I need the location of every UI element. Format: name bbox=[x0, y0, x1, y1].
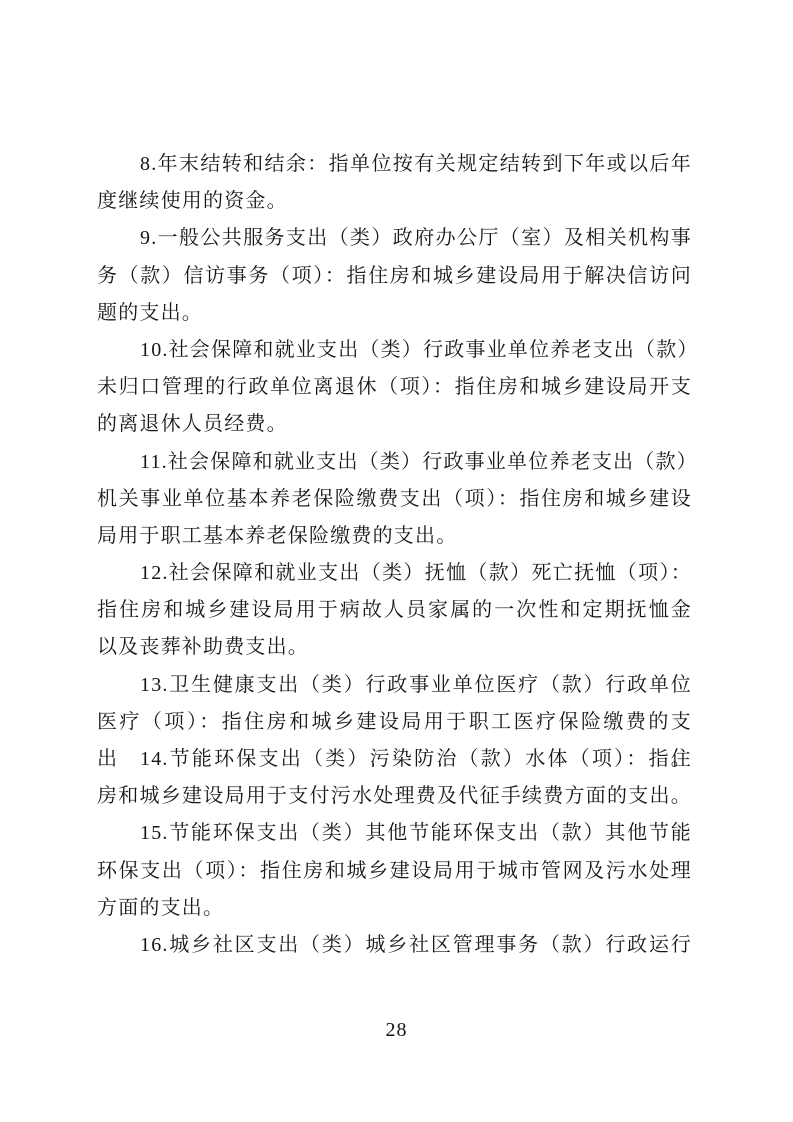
text-line: 指住房和城乡建设局用于病故人员家属的一次性和定期抚恤金 bbox=[97, 592, 692, 629]
text-line: 16.城乡社区支出（类）城乡社区管理事务（款）行政运行 bbox=[97, 927, 692, 964]
text-line: 9.一般公共服务支出（类）政府办公厅（室）及相关机构事 bbox=[97, 220, 692, 257]
text-line: 局用于职工基本养老保险缴费的支出。 bbox=[97, 518, 692, 555]
text-line: 13.卫生健康支出（类）行政事业单位医疗（款）行政单位 bbox=[97, 667, 692, 704]
text-line: 11.社会保障和就业支出（类）行政事业单位养老支出（款） bbox=[97, 444, 692, 481]
text-line: 未归口管理的行政单位离退休（项）：指住房和城乡建设局开支 bbox=[97, 369, 692, 406]
paragraph-13: 13.卫生健康支出（类）行政事业单位医疗（款）行政单位医疗（项）：指住房和城乡建… bbox=[97, 667, 692, 741]
text-line: 务（款）信访事务（项）：指住房和城乡建设局用于解决信访问 bbox=[97, 258, 692, 295]
paragraph-14: 14.节能环保支出（类）污染防治（款）水体（项）：指住房和城乡建设局用于支付污水… bbox=[97, 741, 692, 815]
text-line: 12.社会保障和就业支出（类）抚恤（款）死亡抚恤（项）： bbox=[97, 555, 692, 592]
text-line: 14.节能环保支出（类）污染防治（款）水体（项）：指住 bbox=[97, 741, 692, 778]
text-line: 度继续使用的资金。 bbox=[97, 183, 692, 220]
text-line: 8.年末结转和结余：指单位按有关规定结转到下年或以后年 bbox=[97, 146, 692, 183]
text-line: 15.节能环保支出（类）其他节能环保支出（款）其他节能 bbox=[97, 815, 692, 852]
text-line: 以及丧葬补助费支出。 bbox=[97, 629, 692, 666]
text-line: 的离退休人员经费。 bbox=[97, 406, 692, 443]
paragraph-8: 8.年末结转和结余：指单位按有关规定结转到下年或以后年度继续使用的资金。 bbox=[97, 146, 692, 220]
text-line: 环保支出（项）：指住房和城乡建设局用于城市管网及污水处理 bbox=[97, 853, 692, 890]
paragraph-11: 11.社会保障和就业支出（类）行政事业单位养老支出（款）机关事业单位基本养老保险… bbox=[97, 444, 692, 556]
paragraph-10: 10.社会保障和就业支出（类）行政事业单位养老支出（款）未归口管理的行政单位离退… bbox=[97, 332, 692, 444]
text-line: 方面的支出。 bbox=[97, 890, 692, 927]
paragraph-9: 9.一般公共服务支出（类）政府办公厅（室）及相关机构事务（款）信访事务（项）：指… bbox=[97, 220, 692, 332]
text-line: 题的支出。 bbox=[97, 295, 692, 332]
page-content: 8.年末结转和结余：指单位按有关规定结转到下年或以后年度继续使用的资金。9.一般… bbox=[97, 146, 692, 964]
paragraph-12: 12.社会保障和就业支出（类）抚恤（款）死亡抚恤（项）：指住房和城乡建设局用于病… bbox=[97, 555, 692, 667]
document-page: 8.年末结转和结余：指单位按有关规定结转到下年或以后年度继续使用的资金。9.一般… bbox=[0, 0, 793, 1122]
page-number: 28 bbox=[0, 1019, 793, 1042]
text-line: 房和城乡建设局用于支付污水处理费及代征手续费方面的支出。 bbox=[97, 778, 692, 815]
text-line: 机关事业单位基本养老保险缴费支出（项）：指住房和城乡建设 bbox=[97, 481, 692, 518]
paragraph-15: 15.节能环保支出（类）其他节能环保支出（款）其他节能环保支出（项）：指住房和城… bbox=[97, 815, 692, 927]
text-line: 10.社会保障和就业支出（类）行政事业单位养老支出（款） bbox=[97, 332, 692, 369]
paragraph-16: 16.城乡社区支出（类）城乡社区管理事务（款）行政运行 bbox=[97, 927, 692, 964]
text-line: 医疗（项）：指住房和城乡建设局用于职工医疗保险缴费的支出。 bbox=[97, 704, 692, 741]
